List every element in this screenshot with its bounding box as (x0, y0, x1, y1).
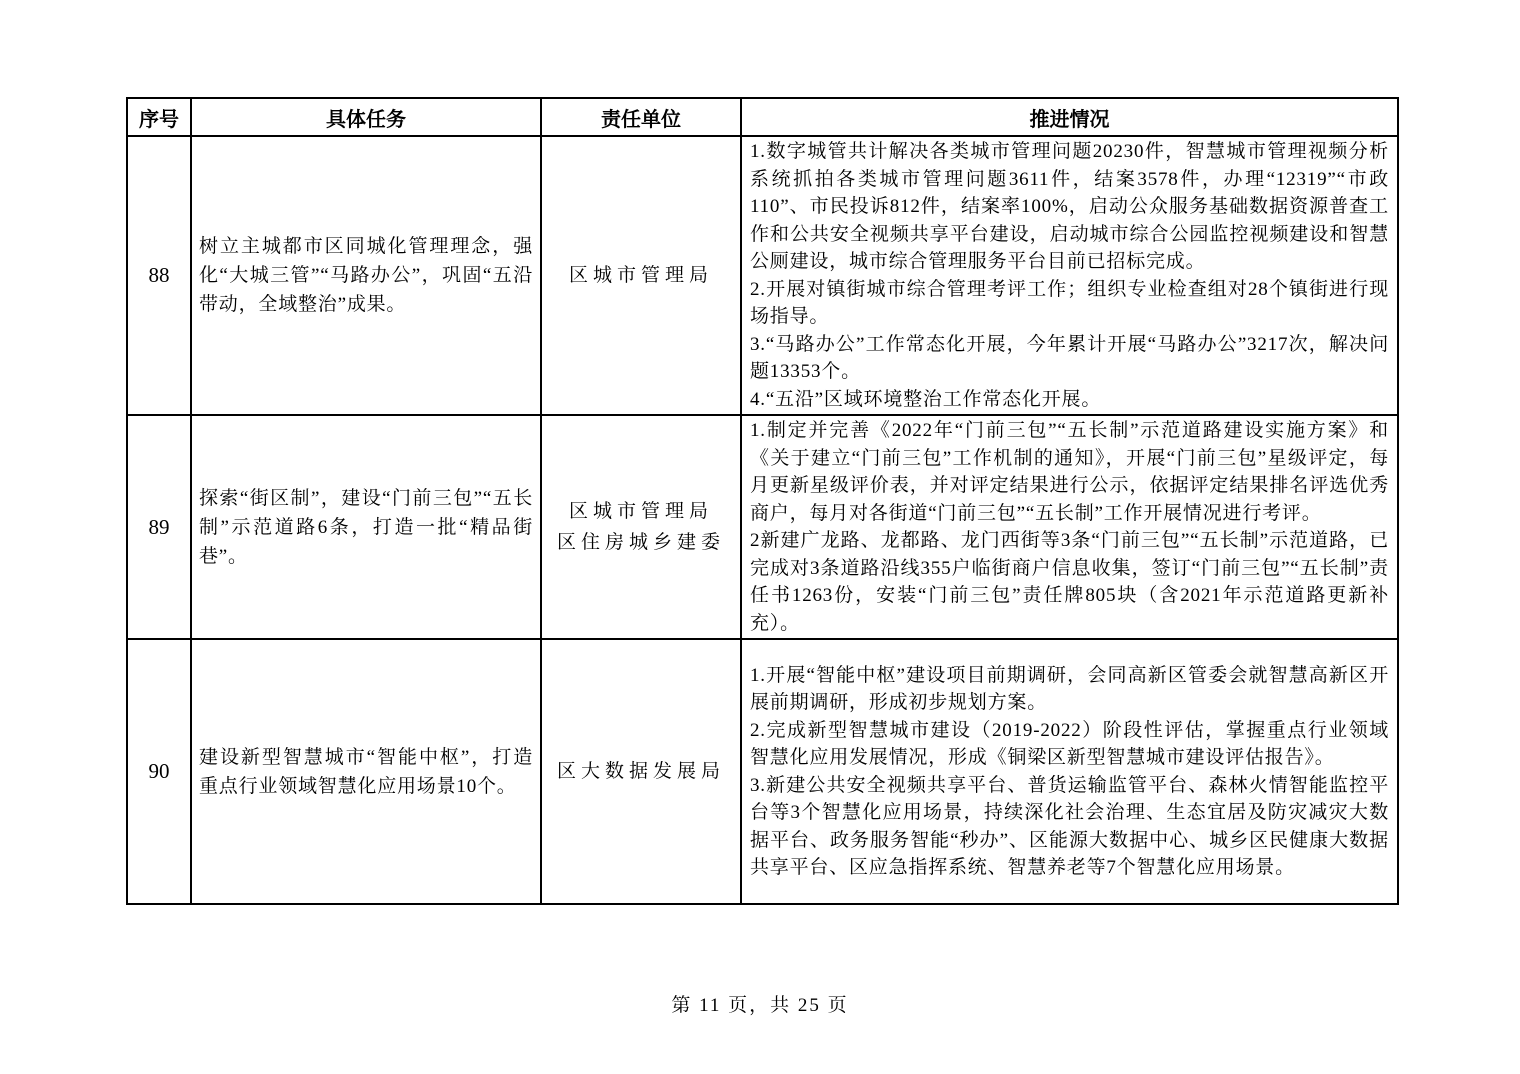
unit-cell: 区城市管理局 (541, 136, 741, 415)
progress-cell: 1.开展“智能中枢”建设项目前期调研，会同高新区管委会就智慧高新区开展前期调研，… (741, 639, 1398, 904)
column-header-seq: 序号 (127, 98, 191, 136)
document-page: 序号 具体任务 责任单位 推进情况 88 树立主城都市区同城化管理理念，强化“大… (0, 0, 1520, 1074)
table-row-89: 89 探索“街区制”，建设“门前三包”“五长制”示范道路6条，打造一批“精品街巷… (127, 415, 1398, 639)
unit-cell: 区大数据发展局 (541, 639, 741, 904)
seq-cell: 90 (127, 639, 191, 904)
table-row-90: 90 建设新型智慧城市“智能中枢”，打造重点行业领域智慧化应用场景10个。 区大… (127, 639, 1398, 904)
task-cell: 树立主城都市区同城化管理理念，强化“大城三管”“马路办公”，巩固“五沿带动，全域… (191, 136, 541, 415)
progress-cell: 1.数字城管共计解决各类城市管理问题20230件，智慧城市管理视频分析系统抓拍各… (741, 136, 1398, 415)
task-cell: 探索“街区制”，建设“门前三包”“五长制”示范道路6条，打造一批“精品街巷”。 (191, 415, 541, 639)
progress-cell: 1.制定并完善《2022年“门前三包”“五长制”示范道路建设实施方案》和《关于建… (741, 415, 1398, 639)
table-row-88: 88 树立主城都市区同城化管理理念，强化“大城三管”“马路办公”，巩固“五沿带动… (127, 136, 1398, 415)
column-header-unit: 责任单位 (541, 98, 741, 136)
column-header-progress: 推进情况 (741, 98, 1398, 136)
seq-cell: 89 (127, 415, 191, 639)
page-footer: 第 11 页，共 25 页 (0, 990, 1520, 1017)
table-header-row: 序号 具体任务 责任单位 推进情况 (127, 98, 1398, 136)
task-cell: 建设新型智慧城市“智能中枢”，打造重点行业领域智慧化应用场景10个。 (191, 639, 541, 904)
tasks-table: 序号 具体任务 责任单位 推进情况 88 树立主城都市区同城化管理理念，强化“大… (126, 97, 1399, 905)
unit-cell: 区城市管理局 区住房城乡建委 (541, 415, 741, 639)
column-header-task: 具体任务 (191, 98, 541, 136)
seq-cell: 88 (127, 136, 191, 415)
